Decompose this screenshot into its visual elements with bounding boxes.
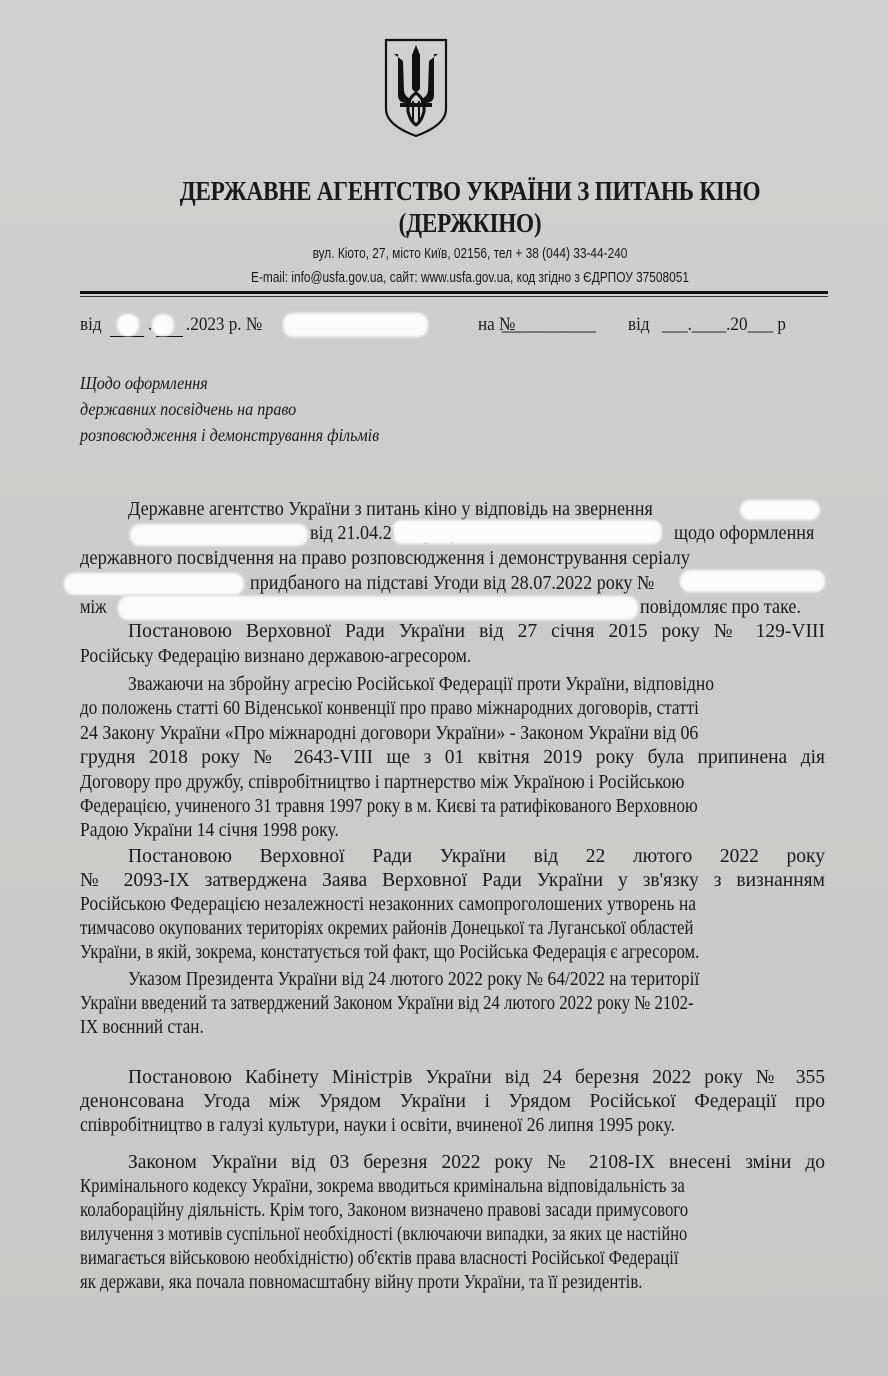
org-address: вул. Кіото, 27, місто Київ, 02156, тел +… (167, 246, 774, 262)
org-abbreviation: (ДЕРЖКІНО) (152, 208, 788, 239)
org-contacts: E-mail: info@usfa.gov.ua, сайт: www.usfa… (167, 270, 774, 286)
redaction (740, 500, 820, 520)
paragraph-line: Кримінального кодексу України, зокрема в… (80, 1176, 825, 1200)
paragraph-line: денонсована Угода між Урядом України і У… (80, 1091, 825, 1115)
paragraph-line: колабораційну діяльність. Крім того, Зак… (80, 1200, 825, 1224)
header-divider (80, 291, 828, 294)
paragraph-line: Російську Федерацію визнано державою-агр… (80, 646, 825, 670)
paragraph-line: України введений та затверджений Законом… (80, 993, 825, 1017)
trident-coat-of-arms-icon (383, 37, 449, 139)
incoming-date: ___.____.20___ р (662, 314, 786, 336)
paragraph-line: Законом України від 03 березня 2022 року… (128, 1152, 825, 1176)
paragraph-line: Постановою Верховної Ради України від 22… (128, 846, 825, 870)
paragraph-line: 24 Закону України «Про міжнародні догово… (80, 723, 825, 747)
paragraph-line: вимагається військовою необхідністю) об'… (80, 1248, 825, 1272)
org-name: ДЕРЖАВНЕ АГЕНТСТВО УКРАЇНИ З ПИТАНЬ КІНО (152, 176, 788, 207)
paragraph-line: Договору про дружбу, співробітництво і п… (80, 772, 825, 796)
incoming-number: ___________ (502, 314, 596, 336)
paragraph-line: № 2093-IX затверджена Заява Верховної Ра… (80, 870, 825, 894)
subject-line: Щодо оформлення (80, 370, 379, 396)
header-divider-thin (80, 296, 828, 297)
redaction (130, 524, 308, 546)
intro-line: придбаного на підставі Угоди від 28.07.2… (250, 573, 654, 595)
paragraph-line: Постановою Верховної Ради України від 27… (128, 621, 825, 645)
intro-line: щодо оформлення (674, 523, 814, 545)
redaction (118, 596, 638, 620)
paragraph-line: Зважаючи на збройну агресію Російської Ф… (128, 674, 825, 698)
paragraph-line: вилучення з мотивів суспільної необхідно… (80, 1224, 825, 1248)
intro-line: державного посвідчення на право розповсю… (80, 548, 690, 572)
intro-line: повідомляє про таке. (640, 597, 801, 619)
paragraph-line: Постановою Кабінету Міністрів України ві… (128, 1067, 825, 1091)
outgoing-from-label: від (80, 314, 102, 336)
subject-line: розповсюдження і демонстрування фільмів (80, 422, 379, 448)
redaction (64, 573, 244, 595)
outgoing-date-suffix: .2023 р. № (186, 314, 262, 336)
redaction (392, 520, 662, 544)
paragraph-line: як держави, яка почала повномасштабну ві… (80, 1272, 825, 1296)
letter-subject: Щодо оформлення державних посвідчень на … (80, 370, 405, 448)
intro-line: між (80, 597, 107, 619)
reference-row: від . .2023 р. № на № ___________ від __… (80, 314, 820, 342)
document-page: ДЕРЖАВНЕ АГЕНТСТВО УКРАЇНИ З ПИТАНЬ КІНО… (0, 0, 888, 1376)
paragraph-line: співробітництво в галузі культури, науки… (80, 1115, 825, 1139)
paragraph-line: IX воєнний стан. (80, 1017, 825, 1041)
paragraph-line: до положень статті 60 Віденської конвенц… (80, 698, 825, 722)
redaction (117, 314, 139, 336)
paragraph-line: Російською Федерацією незалежності незак… (80, 894, 825, 918)
paragraph-line: Федерацією, учиненого 31 травня 1997 рок… (80, 796, 825, 820)
redaction (283, 313, 428, 337)
paragraph-line: Радою України 14 січня 1998 року. (80, 820, 825, 844)
paragraph-line: України, в якій, зокрема, констатується … (80, 942, 825, 966)
subject-line: державних посвідчень на право (80, 396, 379, 422)
redaction (152, 314, 174, 336)
redaction (680, 570, 825, 592)
incoming-from-label: від (628, 314, 650, 336)
paragraph-line: тимчасово окупованих територіях окремих … (80, 918, 825, 942)
paragraph-line: грудня 2018 року № 2643-VIII ще з 01 кві… (80, 747, 825, 771)
paragraph-line: Указом Президента України від 24 лютого … (128, 969, 825, 993)
